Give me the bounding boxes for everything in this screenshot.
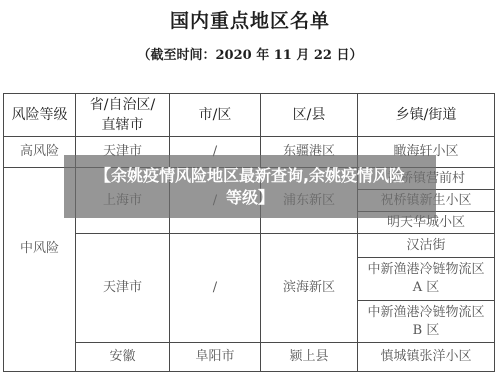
header-risk-level: 风险等级 — [3, 93, 76, 137]
anhui-district: 颍上县 — [260, 342, 358, 372]
tianjin-city: / — [169, 233, 261, 343]
tianjin-street-3: 中新渔港冷链物流区 B 区 — [357, 300, 495, 343]
document-subtitle: （截至时间：2020 年 11 月 22 日） — [0, 44, 500, 63]
header-province: 省/自治区/直辖市 — [75, 93, 170, 137]
tianjin-street-2: 中新渔港冷链物流区 A 区 — [357, 257, 495, 301]
caption-overlay: 【余姚疫情风险地区最新查询,余姚疫情风险等级】 — [64, 155, 436, 218]
anhui-city: 阜阳市 — [169, 342, 261, 372]
anhui-province: 安徽 — [75, 342, 170, 372]
header-street: 乡镇/街道 — [357, 93, 495, 137]
header-district: 区/县 — [260, 93, 358, 137]
risk-area-table: 风险等级 省/自治区/直辖市 市/区 区/县 乡镇/街道 高风险 天津市 / 东… — [3, 93, 495, 372]
tianjin-province: 天津市 — [75, 233, 170, 343]
tianjin-street-1: 汉沽街 — [357, 233, 495, 258]
tianjin-street-3-label: 中新渔港冷链物流区 B 区 — [364, 304, 488, 340]
tianjin-district: 滨海新区 — [260, 233, 358, 343]
document-title: 国内重点地区名单 — [0, 6, 500, 33]
tianjin-street-2-label: 中新渔港冷链物流区 A 区 — [364, 261, 488, 297]
caption-text: 【余姚疫情风险地区最新查询,余姚疫情风险等级】 — [90, 165, 410, 209]
header-province-label: 省/自治区/直辖市 — [86, 95, 159, 135]
anhui-street: 慎城镇张洋小区 — [357, 342, 495, 372]
header-city: 市/区 — [169, 93, 261, 137]
risk-level-medium-label: 中风险 — [20, 240, 59, 258]
